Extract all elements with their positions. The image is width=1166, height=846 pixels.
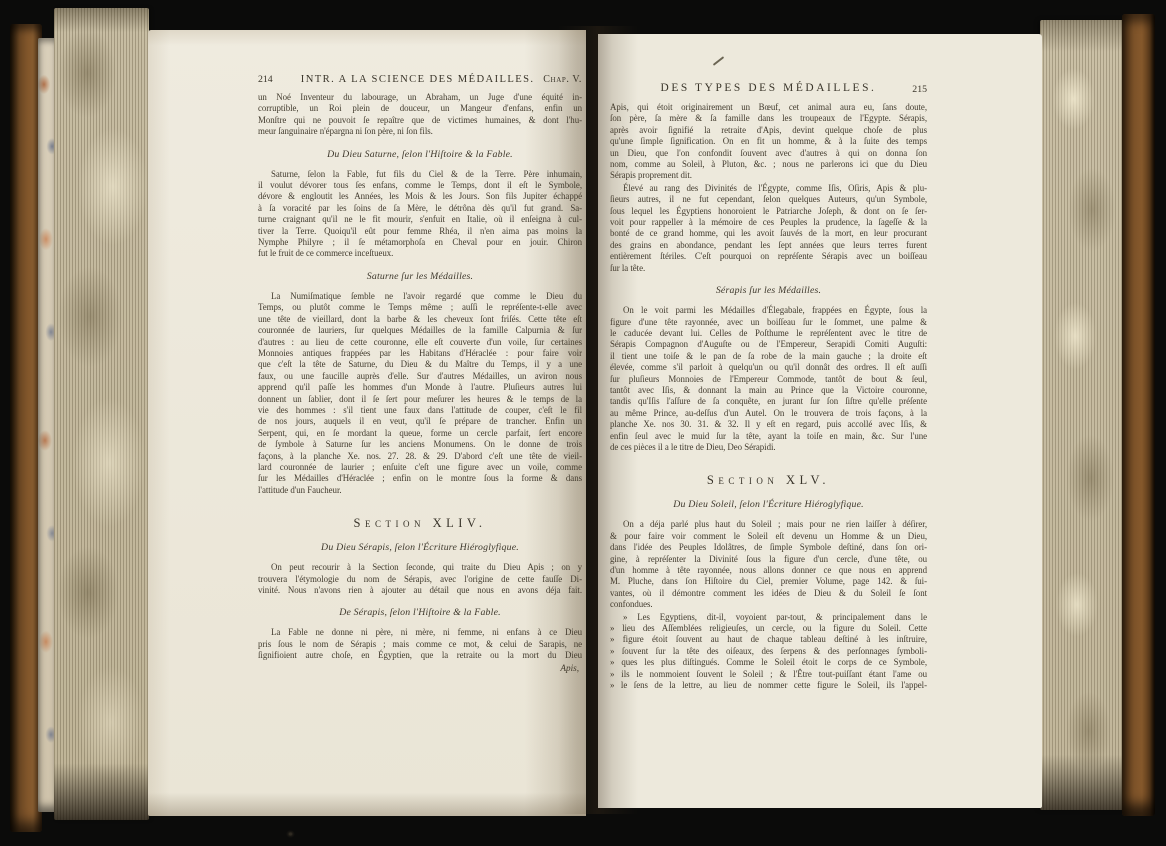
text-line: apprend qu'il paſſe les hommes d'un Mond…: [258, 382, 582, 393]
text-line: vantes, où il démontre comment les idées…: [610, 588, 927, 599]
paragraph: Saturne, ſelon la Fable, fut fils du Cie…: [258, 169, 582, 260]
text-line: Monnoies antiques frappées par les Habit…: [258, 348, 582, 359]
section-heading: Section XLV.: [610, 473, 927, 488]
paragraph: La Numiſmatique ſemble ne l'avoir regard…: [258, 291, 582, 496]
left-page-fore-edge: [54, 8, 149, 820]
text-line: donnent un ſablier, dont il ſe ſert pour…: [258, 394, 582, 405]
right-page-number: 215: [893, 84, 927, 95]
text-line: gine, à repréſenter la Divinité ſous la …: [610, 554, 927, 565]
text-line: Monſtre qui ne pouvoit ſe repaître que d…: [258, 115, 582, 126]
text-line: Apis, qui étoit originairement un Bœuf, …: [610, 102, 927, 113]
text-line: vinité. Nous n'avons rien à ajouter au d…: [258, 585, 582, 596]
text-line: élevée, comme s'il parloit à quelqu'un o…: [610, 362, 927, 373]
text-line: d'autres : au lieu de cette couronne, el…: [258, 337, 582, 348]
text-line: ſieurs autres, il ne fut cependant, ſelo…: [610, 194, 927, 205]
text-line: planche Xe. nos 30. 31. & 32. Il y eſt e…: [610, 419, 927, 430]
italic-heading: Du Dieu Sérapis, ſelon l'Écriture Hiérog…: [258, 542, 582, 553]
text-line: ſous lequel les Égyptiens honoroient le …: [610, 206, 927, 217]
italic-heading: Du Dieu Saturne, ſelon l'Hiſtoire & la F…: [258, 149, 582, 160]
text-line: couronnée de lauriers, ſur quelques Méda…: [258, 325, 582, 336]
text-line: turne craignant qu'il ne le fit mourir, …: [258, 214, 582, 225]
text-line: fut le fruit de ce commerce inceſtueux.: [258, 248, 582, 259]
catchword: Apis,: [258, 663, 582, 673]
text-line: l'attitude d'un Faucheur.: [258, 485, 582, 496]
text-line: de ces pièces il a le titre de Dieu, Deo…: [610, 442, 927, 453]
text-line: une tête de vieillard, dont la barbe & l…: [258, 314, 582, 325]
paragraph: La Fable ne donne ni père, ni mère, ni f…: [258, 627, 582, 661]
text-line: des grains en abondance, pendant les ſep…: [610, 240, 927, 251]
text-line: Sérapis Compagnon d'Auguſte ou de l'Empe…: [610, 339, 927, 350]
text-line: » ſouvent ſur la tête des oiſeaux, des ſ…: [610, 646, 927, 657]
text-line: tiver la Terre. Quoiqu'il eût pour femme…: [258, 226, 582, 237]
text-line: » ils le nommoient ſouvent le Soleil ; &…: [610, 669, 927, 680]
text-line: enfin ſeul avec le muid ſur la tête, aya…: [610, 431, 927, 442]
text-line: Serpent, qui, en ſe mordant la queue, fo…: [258, 428, 582, 439]
text-line: bonté de ce grand homme, qui les avoit ſ…: [610, 228, 927, 239]
text-line: le caducée devant lui. Celles de Poſthum…: [610, 328, 927, 339]
text-line: » lieu des Aſſemblées religieuſes, un ce…: [610, 623, 927, 634]
text-line: Élevé au rang des Divinités de l'Égypte,…: [610, 183, 927, 194]
left-text-blocks: un Noé Inventeur du labourage, un Abraha…: [258, 92, 582, 673]
text-line: il voulut dévorer tous ſes enfans, comme…: [258, 180, 582, 191]
text-line: qu'une ſimple ſignification. On en fit u…: [610, 136, 927, 147]
text-line: ſignifioient autre choſe, en Égyptien, q…: [258, 650, 582, 661]
text-line: ſur les Médailles d'Héraclée ; enfin on …: [258, 473, 582, 484]
text-line: » Les Egyptiens, dit-il, voyoient par-to…: [610, 612, 927, 623]
text-line: On le voit parmi les Médailles d'Élegaba…: [610, 305, 927, 316]
text-line: La Numiſmatique ſemble ne l'avoir regard…: [258, 291, 582, 302]
text-line: il tient une toiſe & le pan de ſa robe d…: [610, 351, 927, 362]
left-running-head: 214 INTR. A LA SCIENCE DES MÉDAILLES. Ch…: [258, 74, 582, 85]
paragraph: On a déja parlé plus haut du Soleil ; ma…: [610, 519, 927, 610]
paragraph: On peut recourir à la Section ſeconde, q…: [258, 562, 582, 596]
ink-mark: [713, 56, 724, 66]
right-running-title: DES TYPES DES MÉDAILLES.: [610, 82, 927, 94]
text-line: au même Prince, au-deſſus d'un Autel. On…: [610, 408, 927, 419]
italic-heading: Sérapis ſur les Médailles.: [610, 285, 927, 296]
text-line: trouvera l'étymologie du nom de Sérapis,…: [258, 574, 582, 585]
text-line: tandis qu'Iſis l'aſſure de ſa conquête, …: [610, 396, 927, 407]
text-line: nom, comme au Soleil, à Pluton, &c. ; no…: [610, 159, 927, 170]
italic-heading: Saturne ſur les Médailles.: [258, 271, 582, 282]
text-line: La Fable ne donne ni père, ni mère, ni f…: [258, 627, 582, 638]
open-book: 214 INTR. A LA SCIENCE DES MÉDAILLES. Ch…: [0, 0, 1166, 846]
text-line: Temps, ou plutôt comme le Temps même ; a…: [258, 302, 582, 313]
paragraph: On le voit parmi les Médailles d'Élegaba…: [610, 305, 927, 453]
text-line: dans l'idée des Peuples Idolâtres, de ſi…: [610, 542, 927, 553]
paragraph: Élevé au rang des Divinités de l'Égypte,…: [610, 183, 927, 274]
text-line: ſur la tête.: [610, 263, 927, 274]
text-line: dévore & engloutit les Années, les Mois …: [258, 191, 582, 202]
text-line: après avoir ſignifié la retraite d'Apis,…: [610, 125, 927, 136]
section-heading: Section XLIV.: [258, 516, 582, 531]
italic-heading: De Sérapis, ſelon l'Hiſtoire & la Fable.: [258, 607, 582, 618]
right-page: DES TYPES DES MÉDAILLES. 215 Apis, qui é…: [598, 34, 1042, 808]
text-line: » le ſens de la lettre, au lieu de nomme…: [610, 680, 927, 691]
right-cover-board: [1122, 14, 1155, 816]
text-line: lard couronnée de laurier ; enſuite c'eſ…: [258, 462, 582, 473]
text-line: Saturne, ſelon la Fable, fut fils du Cie…: [258, 169, 582, 180]
ink-smudge: [286, 830, 295, 838]
text-line: de ſymbole à Saturne ſur les anciens Mon…: [258, 439, 582, 450]
text-line: Sérapis proprement dit.: [610, 170, 927, 181]
text-line: corruptible, un Roi plein de douceur, un…: [258, 103, 582, 114]
right-running-head: DES TYPES DES MÉDAILLES. 215: [610, 82, 927, 94]
text-line: On peut recourir à la Section ſeconde, q…: [258, 562, 582, 573]
text-line: pris ſous le nom de Sérapis ; mais comme…: [258, 639, 582, 650]
text-line: d'un homme à tête rayonnée, nous allons …: [610, 565, 927, 576]
right-text-blocks: Apis, qui étoit originairement un Bœuf, …: [610, 102, 927, 691]
text-line: M. Pluche, dans ſon Hiſtoire du Ciel, pr…: [610, 576, 927, 587]
left-running-title: INTR. A LA SCIENCE DES MÉDAILLES.: [292, 74, 543, 85]
text-line: à ſa voracité par les ſoins de ſa Mère, …: [258, 203, 582, 214]
italic-heading: Du Dieu Soleil, ſelon l'Écriture Hiérogl…: [610, 499, 927, 510]
text-line: On a déja parlé plus haut du Soleil ; ma…: [610, 519, 927, 530]
text-line: un Dieu, que l'on confondit ſouvent avec…: [610, 148, 927, 159]
text-line: » figure étoit ſouvent au haut de chaque…: [610, 634, 927, 645]
paragraph: Apis, qui étoit originairement un Bœuf, …: [610, 102, 927, 182]
right-page-text: DES TYPES DES MÉDAILLES. 215 Apis, qui é…: [610, 82, 927, 691]
left-page-number: 214: [258, 74, 292, 85]
text-line: vie des hommes : s'il tient une faux dan…: [258, 405, 582, 416]
text-line: Nymphe Philyre ; il ſe métamorphoſa en C…: [258, 237, 582, 248]
text-line: meur ſanguinaire n'épargna ni ſon père, …: [258, 126, 582, 137]
right-page-fore-edge: [1040, 20, 1124, 810]
left-page: 214 INTR. A LA SCIENCE DES MÉDAILLES. Ch…: [148, 30, 586, 816]
text-line: & pour faire voir comment le Soleil eſt …: [610, 531, 927, 542]
chapter-label: Chap. V.: [543, 74, 582, 85]
text-line: un Noé Inventeur du labourage, un Abraha…: [258, 92, 582, 103]
text-line: entièrement ſtériles. C'eſt pourquoi on …: [610, 251, 927, 262]
text-line: faux, ou une faucille auprès d'elle. Sur…: [258, 371, 582, 382]
text-line: confondues.: [610, 599, 927, 610]
text-line: façons, à la planche Xe. nos. 27. 28. & …: [258, 451, 582, 462]
paragraph: » Les Egyptiens, dit-il, voyoient par-to…: [610, 612, 927, 692]
text-line: voit pour rappeller à la mémoire de ces …: [610, 217, 927, 228]
text-line: de nos jours, auquels il en veut, qu'il …: [258, 416, 582, 427]
text-line: que c'eſt la tête de Saturne, du Dieu & …: [258, 359, 582, 370]
text-line: » ques les plus diſtingués. Comme le Sol…: [610, 657, 927, 668]
paragraph: un Noé Inventeur du labourage, un Abraha…: [258, 92, 582, 138]
text-line: tantôt avec Iſis, & donnant la main au P…: [610, 385, 927, 396]
left-page-text: 214 INTR. A LA SCIENCE DES MÉDAILLES. Ch…: [258, 74, 582, 673]
text-line: figure d'une tête rayonnée, avec un boiſ…: [610, 317, 927, 328]
text-line: ſon père, ſa mère & ſa famille dans les …: [610, 113, 927, 124]
text-line: ſur pluſieurs Monnoies de l'Empereur Com…: [610, 374, 927, 385]
